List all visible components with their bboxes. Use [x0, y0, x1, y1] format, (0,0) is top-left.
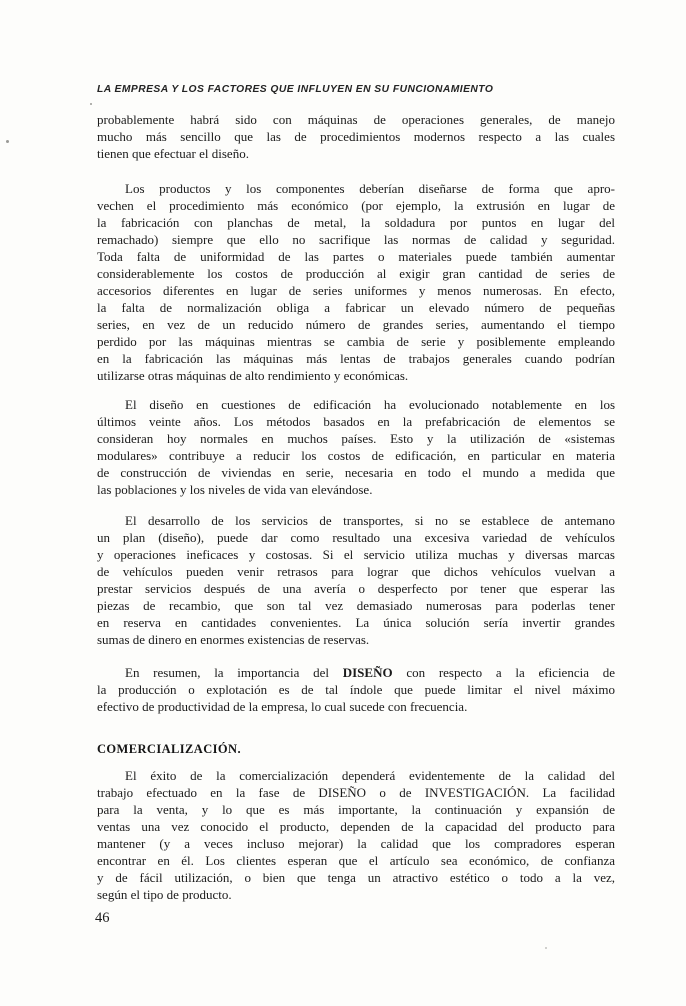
text-line: últimos veinte años. Los métodos basados… — [97, 413, 615, 430]
text-line: trabajo efectuado en la fase de DISEÑO o… — [97, 784, 615, 801]
text-segment: con respecto a la eficiencia de — [393, 665, 615, 680]
text-line: ventas una vez conocido el producto, dep… — [97, 818, 615, 835]
text-line: consideran hoy normales en muchos países… — [97, 430, 615, 447]
text-line: efectivo de productividad de la empresa,… — [97, 698, 615, 715]
text-line: un plan (diseño), puede dar como resulta… — [97, 529, 615, 546]
text-line: El diseño en cuestiones de edificación h… — [97, 396, 615, 413]
text-line: la fabricación con planchas de metal, la… — [97, 214, 615, 231]
scan-speck — [6, 140, 9, 143]
text-line: según el tipo de producto. — [97, 886, 615, 903]
section-heading: COMERCIALIZACIÓN. — [97, 741, 615, 757]
text-line: y de fácil utilización, o bien que tenga… — [97, 869, 615, 886]
text-line: las poblaciones y los niveles de vida va… — [97, 481, 615, 498]
text-line: probablemente habrá sido con máquinas de… — [97, 111, 615, 128]
text-line: de vehículos pueden venir retrasos para … — [97, 563, 615, 580]
text-line: remachado) siempre que ello no sacrifiqu… — [97, 231, 615, 248]
text-line: en reserva en cantidades convenientes. L… — [97, 614, 615, 631]
text-line: prestar servicios después de una avería … — [97, 580, 615, 597]
text-line: El éxito de la comercialización depender… — [97, 767, 615, 784]
paragraph: El éxito de la comercialización depender… — [97, 767, 615, 903]
text-line: sumas de dinero en enormes existencias d… — [97, 631, 615, 648]
paragraph: Los productos y los componentes deberían… — [97, 180, 615, 384]
text-column: probablemente habrá sido con máquinas de… — [97, 111, 615, 903]
emphasized-word: DISEÑO — [343, 665, 393, 680]
text-line: El desarrollo de los servicios de transp… — [97, 512, 615, 529]
text-line: la producción o explotación es de tal ín… — [97, 681, 615, 698]
page-number: 46 — [95, 910, 110, 927]
book-page: LA EMPRESA Y LOS FACTORES QUE INFLUYEN E… — [0, 0, 686, 1006]
text-line: en la fabricación las máquinas más lenta… — [97, 350, 615, 367]
text-line: mantener (y a veces incluso mejorar) la … — [97, 835, 615, 852]
text-line: Toda falta de uniformidad de las partes … — [97, 248, 615, 265]
text-line: perdido por las máquinas mientras se cam… — [97, 333, 615, 350]
paragraph: El diseño en cuestiones de edificación h… — [97, 396, 615, 498]
scan-speck — [90, 103, 92, 105]
text-line: series, en vez de un reducido número de … — [97, 316, 615, 333]
text-line: mucho más sencillo que las de procedimie… — [97, 128, 615, 145]
running-header: LA EMPRESA Y LOS FACTORES QUE INFLUYEN E… — [97, 84, 617, 95]
paragraph: El desarrollo de los servicios de transp… — [97, 512, 615, 648]
text-line: utilizarse otras máquinas de alto rendim… — [97, 367, 615, 384]
text-line: Los productos y los componentes deberían… — [97, 180, 615, 197]
text-line: encontrar en él. Los clientes esperan qu… — [97, 852, 615, 869]
text-line: de construcción de viviendas en serie, n… — [97, 464, 615, 481]
scan-speck — [545, 947, 547, 949]
text-line: vechen el procedimiento más económico (p… — [97, 197, 615, 214]
text-line: tienen que efectuar el diseño. — [97, 145, 615, 162]
paragraph: probablemente habrá sido con máquinas de… — [97, 111, 615, 162]
text-segment: En resumen, la importancia del — [125, 665, 343, 680]
text-line: y operaciones ineficaces y costosas. Si … — [97, 546, 615, 563]
paragraph: En resumen, la importancia del DISEÑO co… — [97, 664, 615, 715]
text-line: para la venta, y lo que es más important… — [97, 801, 615, 818]
text-line: la falta de normalización obliga a fabri… — [97, 299, 615, 316]
text-line: piezas de recambio, que son tal vez dema… — [97, 597, 615, 614]
text-line: En resumen, la importancia del DISEÑO co… — [97, 664, 615, 681]
text-line: accesorios diferentes en lugar de series… — [97, 282, 615, 299]
text-line: considerablemente los costos de producci… — [97, 265, 615, 282]
text-line: modulares» contribuye a reducir los cost… — [97, 447, 615, 464]
